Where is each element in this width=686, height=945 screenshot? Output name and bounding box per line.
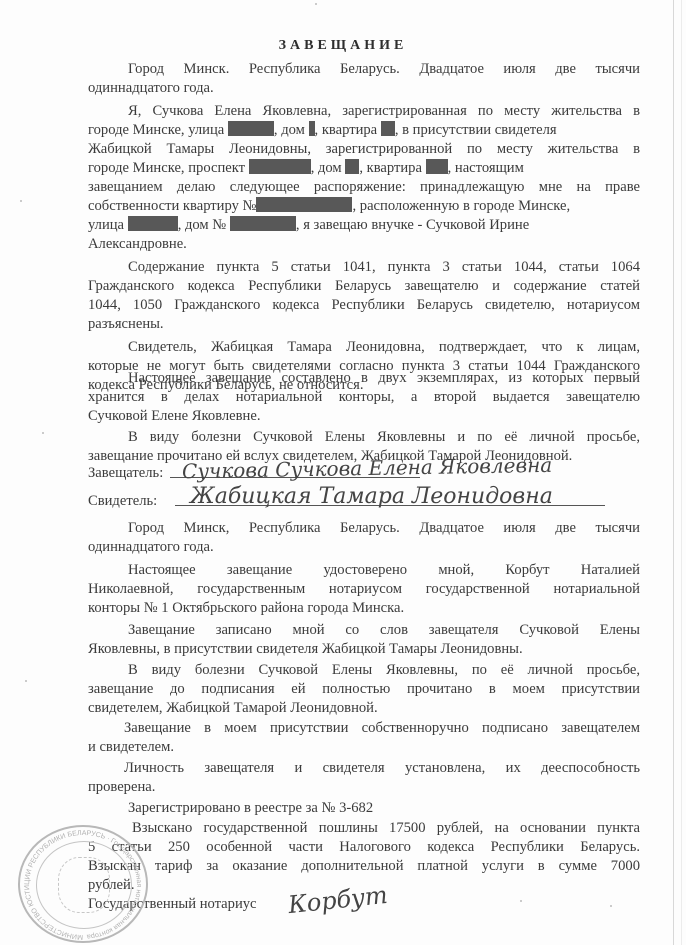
redaction-box bbox=[345, 159, 359, 174]
text-line: конторы № 1 Октябрьского района города М… bbox=[88, 599, 640, 618]
text-line: 1044, 1050 Гражданского кодекса Республи… bbox=[88, 296, 640, 315]
redaction-box bbox=[249, 159, 311, 174]
registry-number: Зарегистрировано в реестре за № 3-682 bbox=[128, 799, 640, 818]
text-line: В виду болезни Сучковой Елены Яковлевны,… bbox=[128, 661, 640, 680]
document-title: ЗАВЕЩАНИЕ bbox=[0, 38, 686, 54]
text-line: Содержание пункта 5 статьи 1041, пункта … bbox=[128, 258, 640, 277]
text-line: Гражданского кодекса Республики Беларусь… bbox=[88, 277, 640, 296]
text-line: Настоящее завещание удостоверено мной, К… bbox=[128, 561, 640, 580]
redaction-box bbox=[426, 159, 448, 174]
testator-handwritten-signature: Сучкова Сучкова Елена Яковлевна bbox=[182, 453, 553, 483]
witness-label: Свидетель: bbox=[88, 493, 157, 510]
text-line: Свидетель, Жабицкая Тамара Леонидовна, п… bbox=[128, 338, 640, 357]
text-line: Взыскан тариф за оказание дополнительной… bbox=[88, 857, 640, 876]
text-line: Сучковой Елене Яковлевне. bbox=[88, 407, 640, 426]
text-line: Яковлевны, в присутствии свидетеля Жабиц… bbox=[88, 640, 640, 659]
stamp-text-ring: МИНИСТЕРСТВО ЮСТИЦИИ РЕСПУБЛИКИ БЕЛАРУСЬ… bbox=[18, 825, 148, 943]
svg-text:МИНИСТЕРСТВО ЮСТИЦИИ РЕСПУБЛИК: МИНИСТЕРСТВО ЮСТИЦИИ РЕСПУБЛИКИ БЕЛАРУСЬ… bbox=[18, 825, 142, 940]
text-line: 5 статьи 250 особенной части Налогового … bbox=[88, 838, 640, 857]
page-edge-shadow bbox=[681, 0, 682, 945]
text-line: Город Минск, Республика Беларусь. Двадца… bbox=[128, 519, 640, 538]
redaction-box bbox=[230, 216, 296, 231]
text-line: Николаевной, государственным нотариусом … bbox=[88, 580, 640, 599]
text-line: Я, Сучкова Елена Яковлевна, зарегистриро… bbox=[128, 102, 640, 121]
text-line: Завещание в моем присутствии собственнор… bbox=[124, 719, 640, 738]
text-line: Завещание записано мной со слов завещате… bbox=[128, 621, 640, 640]
text-line: Личность завещателя и свидетеля установл… bbox=[124, 759, 640, 778]
redaction-box bbox=[128, 216, 178, 231]
text-line-redacted: городе Минске, проспект , дом , квартира… bbox=[88, 159, 640, 178]
text-line: завещание до подписания ей полностью про… bbox=[88, 680, 640, 699]
text-line: проверена. bbox=[88, 778, 640, 797]
text-line: завещанием делаю следующее распоряжение:… bbox=[88, 178, 640, 197]
text-line: одиннадцатого года. bbox=[88, 79, 640, 98]
text-line: Жабицкой Тамары Леонидовны, зарегистриро… bbox=[88, 140, 640, 159]
text-line: хранится в делах нотариальной конторы, а… bbox=[88, 388, 640, 407]
text-line: разъяснены. bbox=[88, 315, 640, 334]
redaction-box bbox=[381, 121, 395, 136]
text-line-redacted: улица , дом № , я завещаю внучке - Сучко… bbox=[88, 216, 640, 235]
text-line: Город Минск. Республика Беларусь. Двадца… bbox=[128, 60, 640, 79]
text-line: одиннадцатого года. bbox=[88, 538, 640, 557]
text-line: Александровне. bbox=[88, 235, 640, 254]
text-line: Настоящее завещание составлено в двух эк… bbox=[128, 369, 640, 388]
text-line: свидетелем, Жабицкой Тамарой Леонидовной… bbox=[88, 699, 640, 718]
text-line: В виду болезни Сучковой Елены Яковлевны … bbox=[128, 428, 640, 447]
text-line-redacted: городе Минске, улица , дом , квартира , … bbox=[88, 121, 640, 140]
redaction-box bbox=[228, 121, 274, 136]
text-line: Взыскано государственной пошлины 17500 р… bbox=[132, 819, 640, 838]
witness-handwritten-signature: Жабицкая Тамара Леонидовна bbox=[190, 484, 553, 509]
scanned-page: ЗАВЕЩАНИЕ Город Минск. Республика Белару… bbox=[0, 0, 686, 945]
text-line-redacted: собственности квартиру №, расположенную … bbox=[88, 197, 640, 216]
page-edge-shadow bbox=[673, 0, 674, 945]
text-line: и свидетелем. bbox=[88, 738, 640, 757]
testator-label: Завещатель: bbox=[88, 465, 163, 482]
redaction-box bbox=[256, 197, 352, 212]
